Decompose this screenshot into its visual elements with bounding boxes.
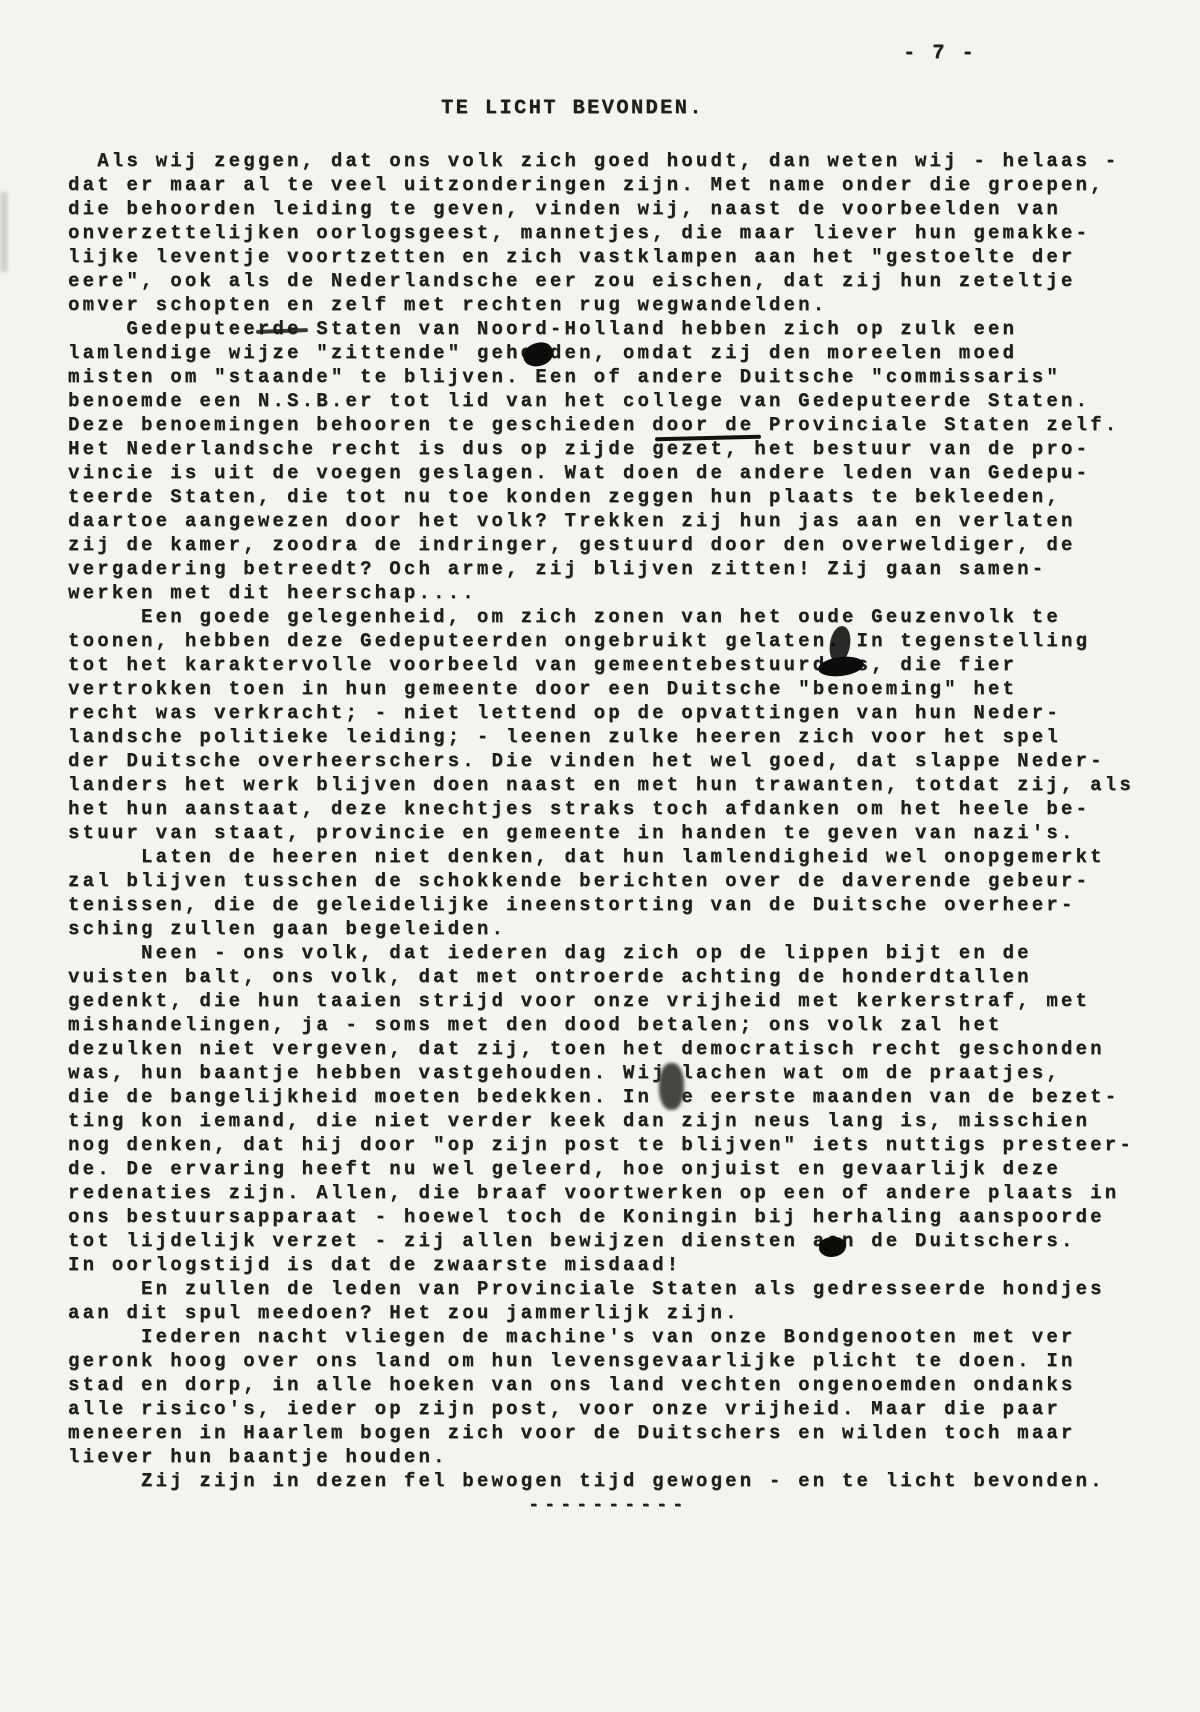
- text-line: Deze benoemingen behooren te geschieden …: [68, 413, 1134, 437]
- text-line: Als wij zeggen, dat ons volk zich goed h…: [68, 149, 1134, 173]
- text-line: misten om "staande" te blijven. Een of a…: [68, 365, 1134, 389]
- text-line: aan dit spul meedoen? Het zou jammerlijk…: [68, 1301, 1134, 1325]
- text-line: die de bangelijkheid moeten bedekken. In…: [68, 1085, 1134, 1109]
- text-line: En zullen de leden van Provinciale State…: [68, 1277, 1134, 1301]
- text-line: lamlendige wijze "zittende" gehouden, om…: [68, 341, 1134, 365]
- text-line: de. De ervaring heeft nu wel geleerd, ho…: [68, 1157, 1134, 1181]
- text-line: In oorlogstijd is dat de zwaarste misdaa…: [68, 1253, 1134, 1277]
- text-line: meneeren in Haarlem bogen zich voor de D…: [68, 1421, 1134, 1445]
- text-line: stuur van staat, provincie en gemeente i…: [68, 821, 1134, 845]
- text-line: landsche politieke leiding; - leenen zul…: [68, 725, 1134, 749]
- document-title: TE LICHT BEVONDEN.: [441, 97, 704, 120]
- text-line: liever hun baantje houden.: [68, 1445, 1134, 1469]
- text-line: recht was verkracht; - niet lettend op d…: [68, 701, 1134, 725]
- text-line: vuisten balt, ons volk, dat met ontroerd…: [68, 965, 1134, 989]
- text-line: tenissen, die de geleidelijke ineenstort…: [68, 893, 1134, 917]
- text-line: Iederen nacht vliegen de machine's van o…: [68, 1325, 1134, 1349]
- text-line: dat er maar al te veel uitzonderingen zi…: [68, 173, 1134, 197]
- text-line: tot het karaktervolle voorbeeld van geme…: [68, 653, 1134, 677]
- text-line: zij de kamer, zoodra de indringer, gestu…: [68, 533, 1134, 557]
- text-line: vergadering betreedt? Och arme, zij blij…: [68, 557, 1134, 581]
- text-line: landers het werk blijven doen naast en m…: [68, 773, 1134, 797]
- text-line: werken met dit heerschap....: [68, 581, 1134, 605]
- document-body: Als wij zeggen, dat ons volk zich goed h…: [68, 149, 1134, 1517]
- text-line: benoemde een N.S.B.er tot lid van het co…: [68, 389, 1134, 413]
- text-line: ting kon iemand, die niet verder keek da…: [68, 1109, 1134, 1133]
- text-line: vertrokken toen in hun gemeente door een…: [68, 677, 1134, 701]
- text-line: tot lijdelijk verzet - zij allen bewijze…: [68, 1229, 1134, 1253]
- text-line: eere", ook als de Nederlandsche eer zou …: [68, 269, 1134, 293]
- dash-divider: ----------: [68, 1493, 1134, 1517]
- text-line: teerde Staten, die tot nu toe konden zeg…: [68, 485, 1134, 509]
- scan-smudge: [0, 192, 8, 272]
- text-line: mishandelingen, ja - soms met den dood b…: [68, 1013, 1134, 1037]
- text-line: gedenkt, die hun taaien strijd voor onze…: [68, 989, 1134, 1013]
- page-number: - 7 -: [903, 42, 976, 65]
- ink-blot: [659, 1063, 684, 1110]
- text-line: lijke leventje voortzetten en zich vastk…: [68, 245, 1134, 269]
- text-line: redenaties zijn. Allen, die braaf voortw…: [68, 1181, 1134, 1205]
- text-line: Een goede gelegenheid, om zich zonen van…: [68, 605, 1134, 629]
- text-line: vincie is uit de voegen geslagen. Wat do…: [68, 461, 1134, 485]
- text-line: Het Nederlandsche recht is dus op zijde …: [68, 437, 1134, 461]
- text-line: omver schopten en zelf met rechten rug w…: [68, 293, 1134, 317]
- text-line: was, hun baantje hebben vastgehouden. Wi…: [68, 1061, 1134, 1085]
- text-line: Gedeputeerde Staten van Noord-Holland he…: [68, 317, 1134, 341]
- text-line: daartoe aangewezen door het volk? Trekke…: [68, 509, 1134, 533]
- text-line: het hun aanstaat, deze knechtjes straks …: [68, 797, 1134, 821]
- text-line: der Duitsche overheerschers. Die vinden …: [68, 749, 1134, 773]
- text-line: toonen, hebben deze Gedeputeerden ongebr…: [68, 629, 1134, 653]
- text-line: Laten de heeren niet denken, dat hun lam…: [68, 845, 1134, 869]
- text-line: zal blijven tusschen de schokkende beric…: [68, 869, 1134, 893]
- text-line: geronk hoog over ons land om hun levensg…: [68, 1349, 1134, 1373]
- text-line: stad en dorp, in alle hoeken van ons lan…: [68, 1373, 1134, 1397]
- text-line: die behoorden leiding te geven, vinden w…: [68, 197, 1134, 221]
- text-line: ons bestuursapparaat - hoewel toch de Ko…: [68, 1205, 1134, 1229]
- scanned-page: - 7 - TE LICHT BEVONDEN. Als wij zeggen,…: [0, 0, 1200, 1712]
- text-line: alle risico's, ieder op zijn post, voor …: [68, 1397, 1134, 1421]
- text-line: dezulken niet vergeven, dat zij, toen he…: [68, 1037, 1134, 1061]
- text-line: nog denken, dat hij door "op zijn post t…: [68, 1133, 1134, 1157]
- text-line: Zij zijn in dezen fel bewogen tijd gewog…: [68, 1469, 1134, 1493]
- text-line: onverzettelijken oorlogsgeest, mannetjes…: [68, 221, 1134, 245]
- text-line: Neen - ons volk, dat iederen dag zich op…: [68, 941, 1134, 965]
- text-line: sching zullen gaan begeleiden.: [68, 917, 1134, 941]
